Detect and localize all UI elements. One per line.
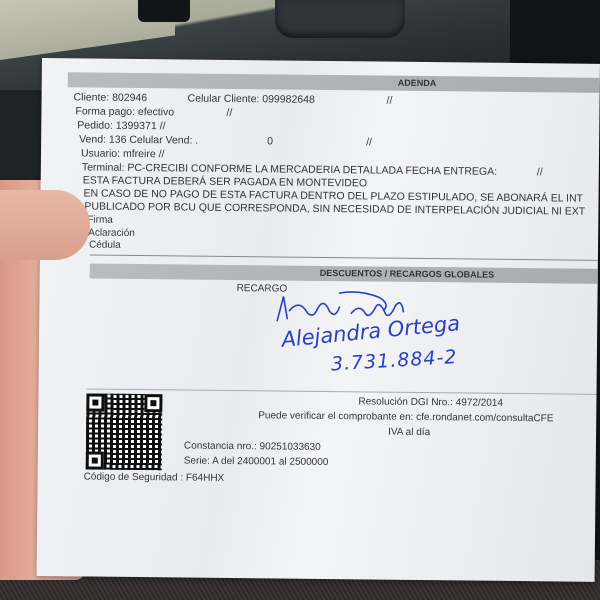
- firma-label: Firma: [87, 214, 113, 225]
- divider: [87, 388, 597, 394]
- separator: //: [366, 136, 372, 148]
- handwritten-signature: Alejandra Ortega 3.731.884-2: [269, 288, 530, 381]
- celular-cliente: Celular Cliente: 099982648: [188, 93, 315, 106]
- addenda-header: ADENDA: [68, 72, 600, 93]
- iva-al-dia: IVA al día: [388, 427, 430, 438]
- divider: [90, 255, 598, 261]
- addenda-title: ADENDA: [398, 78, 437, 88]
- separator: //: [226, 107, 232, 119]
- forma-pago: Forma pago: efectivo: [75, 105, 174, 118]
- descuentos-header: DESCUENTOS / RECARGOS GLOBALES: [90, 264, 598, 284]
- descuentos-title: DESCUENTOS / RECARGOS GLOBALES: [320, 268, 494, 280]
- constancia: Constancia nro.: 90251033630: [184, 441, 321, 453]
- vendedor-celular-value: 0: [267, 135, 273, 147]
- qr-finder-icon: [86, 393, 104, 411]
- usuario: Usuario: mfreire //: [81, 147, 165, 160]
- vendedor: Vend: 136 Celular Vend: .: [79, 133, 198, 146]
- cedula-label: Cédula: [89, 240, 121, 251]
- qr-code-icon: [86, 393, 163, 470]
- handwritten-id: 3.731.884-2: [330, 346, 458, 375]
- aclaracion-label: Aclaración: [88, 227, 135, 238]
- qr-finder-icon: [144, 394, 162, 412]
- separator: //: [387, 95, 393, 107]
- phone-mount: [138, 0, 190, 22]
- pedido: Pedido: 1399371 //: [77, 119, 165, 132]
- thumb: [0, 190, 90, 260]
- serie: Serie: A del 2400001 al 2500000: [184, 456, 329, 469]
- codigo-seguridad: Código de Seguridad : F64HHX: [84, 471, 225, 483]
- verificar-comprobante: Puede verificar el comprobante en: cfe.r…: [258, 410, 553, 424]
- qr-finder-icon: [86, 451, 104, 469]
- air-vent: [275, 0, 405, 38]
- resolucion-dgi: Resolución DGI Nro.: 4972/2014: [358, 396, 503, 409]
- invoice-paper: ADENDA Cliente: 802946 Celular Cliente: …: [37, 58, 600, 582]
- separator: //: [537, 166, 543, 178]
- cliente-label: Cliente: 802946: [74, 91, 148, 104]
